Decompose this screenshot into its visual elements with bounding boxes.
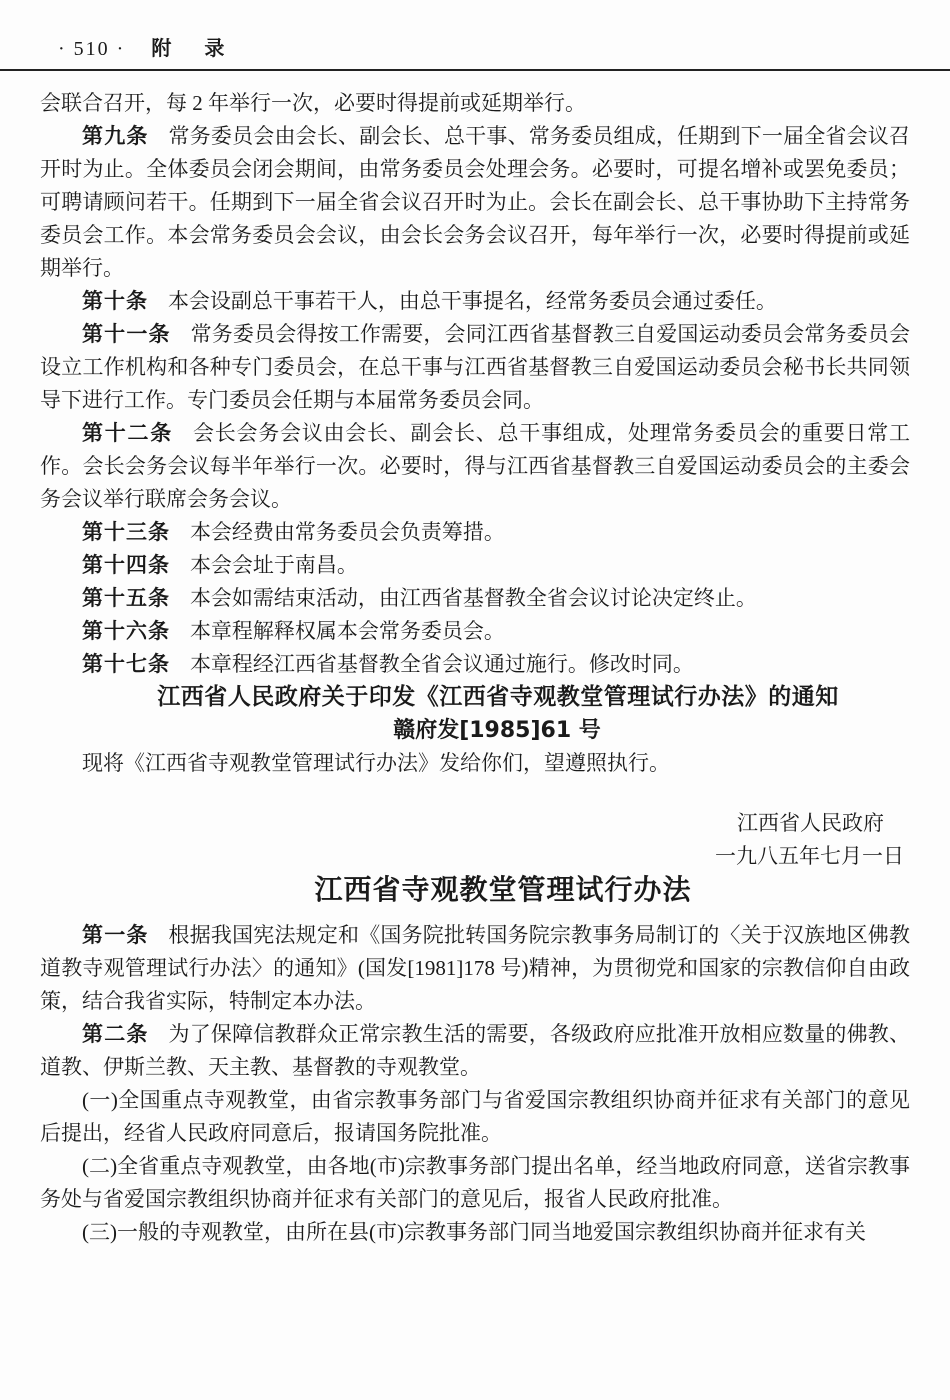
- measures-item-3: (三)一般的寺观教堂，由所在县(市)宗教事务部门同当地爱国宗教组织协商并征求有关: [40, 1216, 910, 1249]
- page-number: · 510 ·: [58, 38, 125, 61]
- measures-body: 第一条根据我国宪法规定和《国务院批转国务院宗教事务局制订的〈关于汉族地区佛教道教…: [40, 919, 910, 1249]
- notice-body-paragraph: 现将《江西省寺观教堂管理试行办法》发给你们，望遵照执行。: [40, 747, 910, 780]
- item-text: (一)全国重点寺观教堂，由省宗教事务部门与省爱国宗教组织协商并征求有关部门的意见…: [40, 1088, 910, 1145]
- article-label: 第十六条: [82, 619, 170, 643]
- charter-article-14: 第十四条本会会址于南昌。: [40, 549, 910, 582]
- item-text: (三)一般的寺观教堂，由所在县(市)宗教事务部门同当地爱国宗教组织协商并征求有关: [82, 1220, 866, 1244]
- running-header: · 510 · 附 录: [0, 0, 950, 71]
- charter-article-9: 第九条常务委员会由会长、副会长、总干事、常务委员组成，任期到下一届全省会议召开时…: [40, 120, 910, 285]
- article-text: 本会如需结束活动，由江西省基督教全省会议讨论决定终止。: [190, 586, 757, 610]
- page-content: 会联合召开，每 2 年举行一次，必要时得提前或延期举行。 第九条常务委员会由会长…: [0, 71, 950, 1249]
- article-label: 第十四条: [82, 553, 170, 577]
- article-label: 第一条: [82, 923, 149, 947]
- charter-continuation-paragraph: 会联合召开，每 2 年举行一次，必要时得提前或延期举行。: [40, 87, 910, 120]
- notice-title: 江西省人民政府关于印发《江西省寺观教堂管理试行办法》的通知: [40, 681, 910, 714]
- charter-article-15: 第十五条本会如需结束活动，由江西省基督教全省会议讨论决定终止。: [40, 582, 910, 615]
- signature-block: 江西省人民政府 一九八五年七月一日: [40, 807, 910, 873]
- measures-article-1: 第一条根据我国宪法规定和《国务院批转国务院宗教事务局制订的〈关于汉族地区佛教道教…: [40, 919, 910, 1018]
- signature-date: 一九八五年七月一日: [40, 840, 910, 873]
- scanned-book-page: · 510 · 附 录 会联合召开，每 2 年举行一次，必要时得提前或延期举行。…: [0, 0, 950, 1400]
- measures-article-2: 第二条为了保障信教群众正常宗教生活的需要，各级政府应批准开放相应数量的佛教、道教…: [40, 1018, 910, 1084]
- section-label: 附 录: [151, 32, 238, 61]
- charter-article-10: 第十条本会设副总干事若干人，由总干事提名，经常务委员会通过委任。: [40, 285, 910, 318]
- measures-title: 江西省寺观教堂管理试行办法: [40, 873, 910, 906]
- charter-article-13: 第十三条本会经费由常务委员会负责筹措。: [40, 516, 910, 549]
- article-text: 本章程解释权属本会常务委员会。: [190, 619, 505, 643]
- article-text: 为了保障信教群众正常宗教生活的需要，各级政府应批准开放相应数量的佛教、道教、伊斯…: [40, 1022, 910, 1079]
- measures-item-1: (一)全国重点寺观教堂，由省宗教事务部门与省爱国宗教组织协商并征求有关部门的意见…: [40, 1084, 910, 1150]
- charter-article-11: 第十一条常务委员会得按工作需要，会同江西省基督教三自爱国运动委员会常务委员会设立…: [40, 318, 910, 417]
- article-label: 第二条: [82, 1022, 149, 1046]
- paragraph-text: 会联合召开，每 2 年举行一次，必要时得提前或延期举行。: [40, 91, 586, 115]
- charter-article-16: 第十六条本章程解释权属本会常务委员会。: [40, 615, 910, 648]
- article-text: 本会会址于南昌。: [190, 553, 358, 577]
- article-label: 第十五条: [82, 586, 170, 610]
- article-text: 根据我国宪法规定和《国务院批转国务院宗教事务局制订的〈关于汉族地区佛教道教寺观管…: [40, 923, 910, 1013]
- signature-signer: 江西省人民政府: [40, 807, 910, 840]
- article-label: 第十二条: [82, 421, 173, 445]
- article-label: 第十条: [82, 289, 148, 313]
- article-text: 本章程经江西省基督教全省会议通过施行。修改时同。: [190, 652, 694, 676]
- article-label: 第十三条: [82, 520, 170, 544]
- measures-item-2: (二)全省重点寺观教堂，由各地(市)宗教事务部门提出名单，经当地政府同意，送省宗…: [40, 1150, 910, 1216]
- article-text: 本会设副总干事若干人，由总干事提名，经常务委员会通过委任。: [168, 289, 777, 313]
- charter-article-12: 第十二条会长会务会议由会长、副会长、总干事组成，处理常务委员会的重要日常工作。会…: [40, 417, 910, 516]
- item-text: (二)全省重点寺观教堂，由各地(市)宗教事务部门提出名单，经当地政府同意，送省宗…: [40, 1154, 910, 1211]
- article-label: 第十七条: [82, 652, 170, 676]
- notice-doc-number: 赣府发[1985]61 号: [40, 714, 910, 747]
- article-label: 第十一条: [82, 322, 171, 346]
- article-text: 常务委员会由会长、副会长、总干事、常务委员组成，任期到下一届全省会议召开时为止。…: [40, 124, 910, 280]
- article-label: 第九条: [82, 124, 149, 148]
- article-text: 本会经费由常务委员会负责筹措。: [190, 520, 505, 544]
- charter-article-17: 第十七条本章程经江西省基督教全省会议通过施行。修改时同。: [40, 648, 910, 681]
